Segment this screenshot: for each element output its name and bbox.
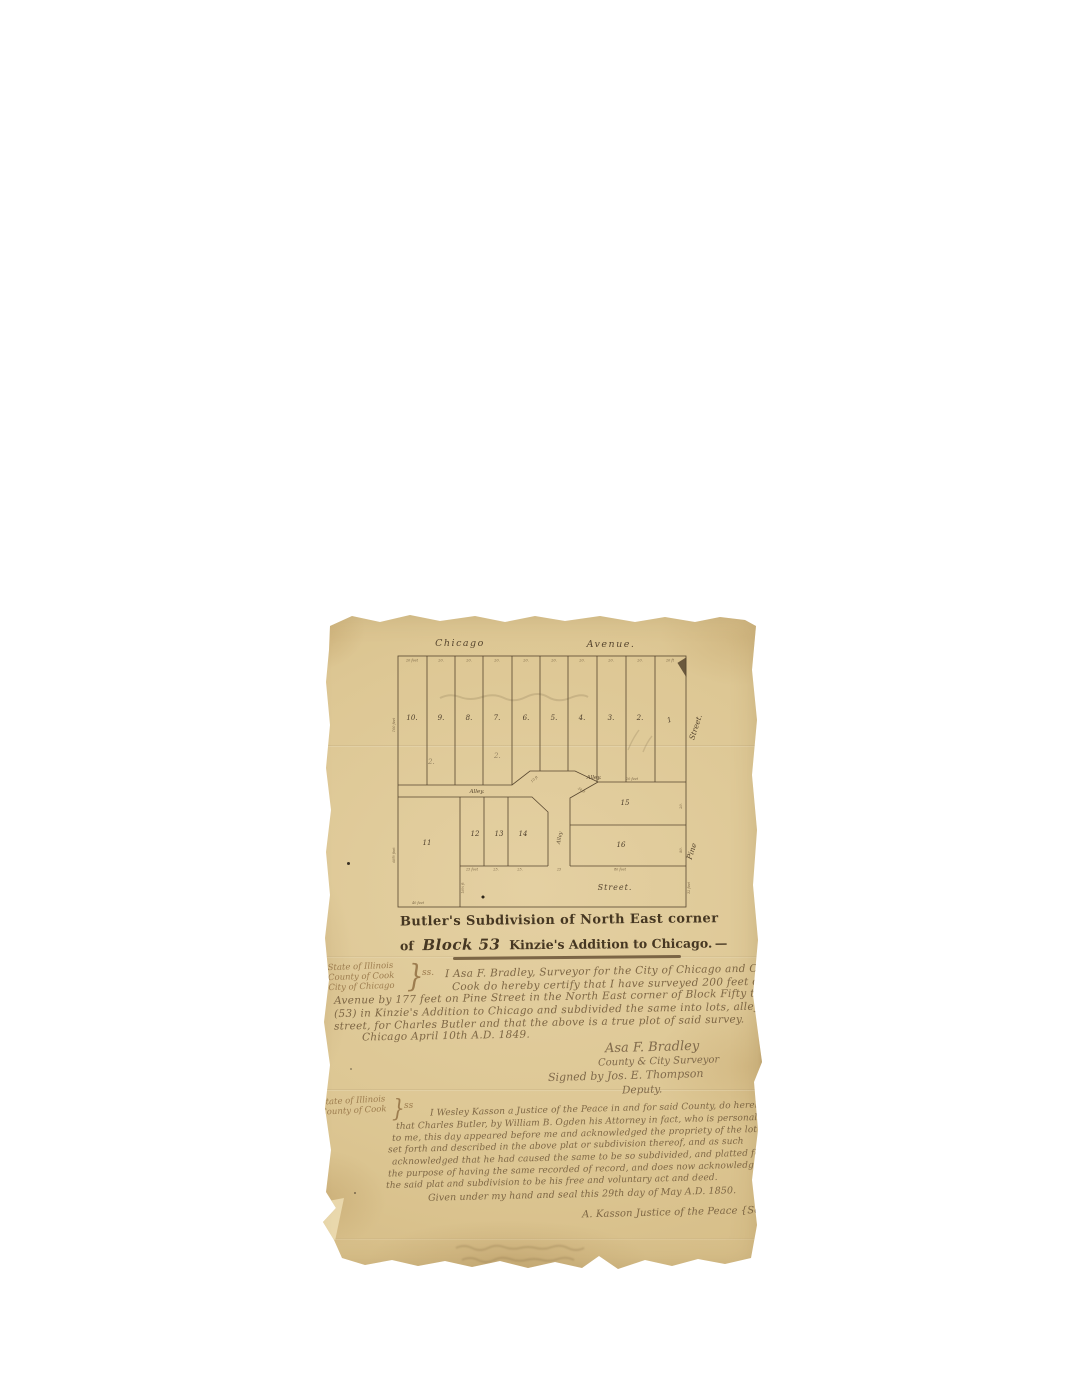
dim-label: 25. bbox=[516, 868, 522, 872]
dim-label: 20. bbox=[679, 803, 683, 809]
acknowledgment-venue-note: State of Illinois County of Cook bbox=[320, 1094, 387, 1117]
title-addition: Kinzie's Addition to Chicago. — bbox=[509, 935, 727, 952]
lot-number: 14 bbox=[519, 830, 528, 838]
lot-number: 16 bbox=[617, 841, 626, 849]
title-underline bbox=[453, 955, 681, 960]
dim-label: 20 feet bbox=[625, 777, 639, 781]
dim-label: 10 ft bbox=[530, 775, 539, 784]
dim-label: 25 feet bbox=[465, 868, 479, 872]
title-block-number: Block 53 bbox=[422, 935, 500, 954]
certificate-date-line: Chicago April 10th A.D. 1849. bbox=[362, 1029, 530, 1044]
lot-number: 4. bbox=[578, 714, 586, 722]
venue-brace: } bbox=[392, 1094, 405, 1123]
dim-label: 20. bbox=[437, 659, 443, 663]
signed-by-line: Signed by Jos. E. Thompson bbox=[548, 1067, 704, 1084]
pencil-mark: 2. bbox=[493, 752, 501, 760]
pencil-ghost-marks bbox=[440, 694, 652, 752]
certificate-venue-note: State of Illinois County of Cook City of… bbox=[327, 961, 394, 993]
alley-label-vertical: Alley bbox=[556, 831, 564, 846]
lot-number: 10. bbox=[406, 714, 417, 722]
lot-number: 15 bbox=[621, 799, 630, 807]
ink-speck bbox=[354, 1192, 356, 1194]
venue-line: County of Cook bbox=[320, 1104, 387, 1117]
lot-number: 12 bbox=[471, 830, 480, 838]
dim-label: 20 ft bbox=[665, 659, 675, 663]
fold-crease bbox=[300, 1089, 762, 1091]
title-of: of bbox=[400, 938, 414, 953]
ink-speck bbox=[350, 1068, 352, 1070]
dim-label: 16⅔ ft bbox=[461, 882, 465, 894]
lot-number: 3. bbox=[608, 714, 615, 722]
lot-number: 8. bbox=[466, 714, 473, 722]
deputy-line: Deputy. bbox=[622, 1083, 663, 1096]
alley-label-left: Alley. bbox=[469, 789, 485, 795]
ink-speck bbox=[482, 896, 485, 899]
street-label-right-upper: Street. bbox=[687, 713, 704, 741]
lot-number: 9. bbox=[438, 714, 445, 722]
dim-label: 40 feet bbox=[411, 901, 425, 905]
bleed-through-writing bbox=[452, 1240, 602, 1268]
dim-label: 20. bbox=[493, 659, 499, 663]
ink-speck bbox=[347, 862, 350, 865]
lot-number: 1 bbox=[666, 716, 673, 725]
dim-label: 20 feet bbox=[405, 659, 419, 663]
dim-label: 20. bbox=[636, 659, 642, 663]
pencil-mark: 2. bbox=[427, 758, 435, 766]
street-label-avenue: Avenue. bbox=[586, 639, 636, 650]
street-label-pine: Pine bbox=[684, 841, 698, 861]
dim-label: 24 ft bbox=[576, 786, 586, 795]
dim-label: 20. bbox=[607, 659, 613, 663]
dim-label: 80 feet bbox=[614, 868, 627, 872]
dim-label: 80. bbox=[679, 847, 683, 852]
plat-title-line2: of Block 53 Kinzie's Addition to Chicago… bbox=[400, 934, 690, 955]
venue-line: City of Chicago bbox=[328, 981, 395, 993]
lot-number: 6. bbox=[523, 714, 530, 722]
street-label-chicago: Chicago bbox=[435, 638, 485, 649]
surveyor-signature: Asa F. Bradley bbox=[605, 1039, 700, 1056]
street-label-bottom: Street. bbox=[598, 883, 633, 892]
screenshot-canvas: { "colors": { "paper": "#decc9c", "plat_… bbox=[0, 0, 1071, 1386]
justice-signature: A. Kasson Justice of the Peace {Seal} bbox=[582, 1205, 776, 1221]
dim-label: 100 feet bbox=[392, 717, 396, 732]
lot-number: 11 bbox=[423, 839, 432, 847]
alley-label-right: Alley. bbox=[586, 775, 602, 781]
dim-label: 20. bbox=[550, 659, 556, 663]
dim-label: 32 feet bbox=[687, 881, 691, 894]
plat-map: Chicago Avenue. Street. Pine Street. All… bbox=[380, 630, 710, 942]
plat-title-line1: Butler's Subdivision of North East corne… bbox=[400, 911, 690, 929]
dim-label: 25. bbox=[492, 868, 498, 872]
dim-label: 20. bbox=[465, 659, 471, 663]
dim-label: 20. bbox=[522, 659, 528, 663]
lot-number: 13 bbox=[495, 830, 504, 838]
dim-label: 20. bbox=[578, 659, 584, 663]
lot-number: 5. bbox=[551, 714, 558, 722]
dim-label: 25 bbox=[556, 868, 561, 872]
ss-abbreviation: ss. bbox=[422, 968, 434, 978]
lot-number: 7. bbox=[494, 714, 501, 722]
dim-label: 66½ feet bbox=[391, 847, 396, 863]
torn-fold-highlight bbox=[322, 1198, 344, 1240]
lot-number: 2. bbox=[636, 714, 644, 722]
scanned-plat-document: Chicago Avenue. Street. Pine Street. All… bbox=[300, 610, 762, 1272]
ss-abbreviation: ss bbox=[404, 1101, 413, 1111]
